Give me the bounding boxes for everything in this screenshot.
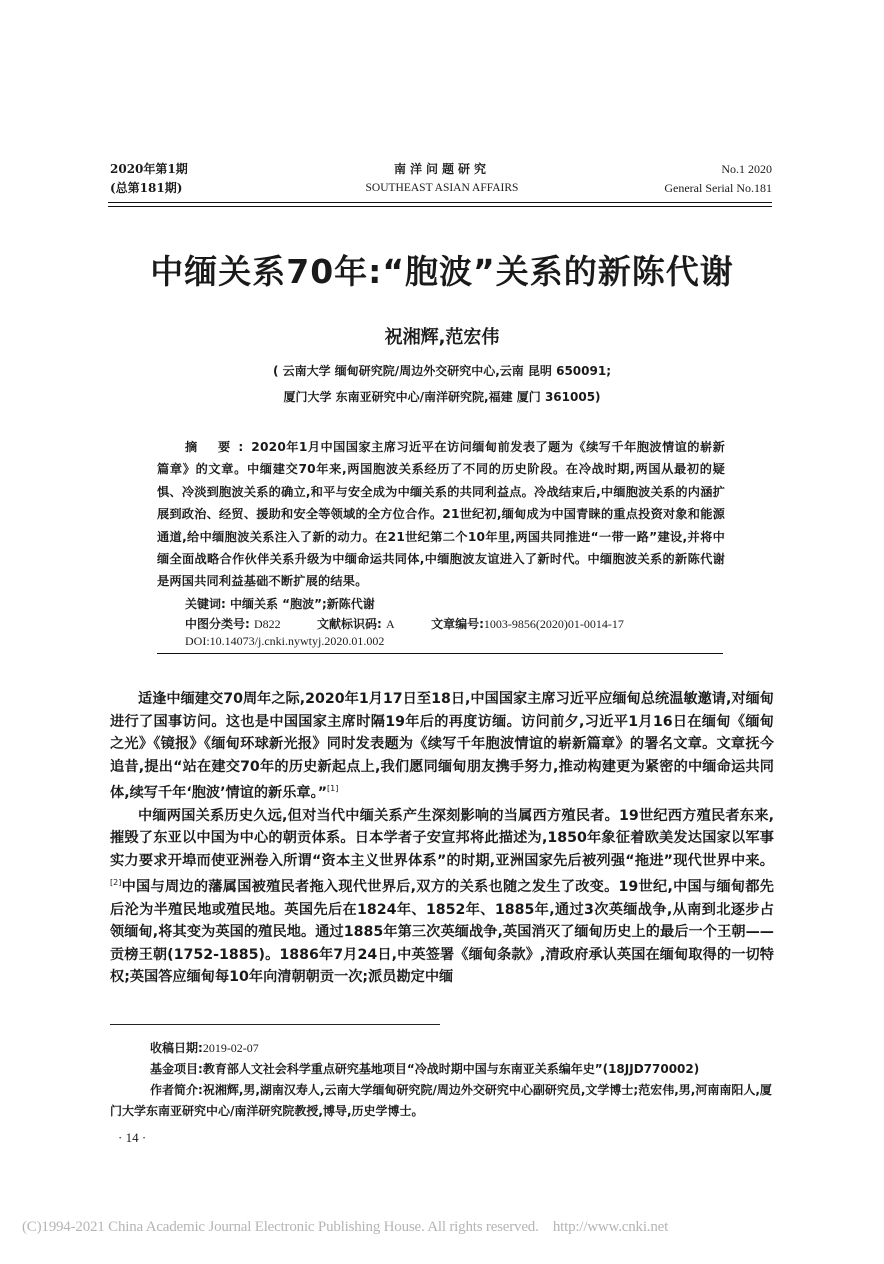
issue-serial-en: General Serial No.181 <box>664 179 772 198</box>
issue-info-en: No.1 2020 General Serial No.181 <box>664 160 772 198</box>
article-no-label: 文章编号: <box>431 617 484 631</box>
footnote-rule <box>110 1024 440 1025</box>
received-value: 2019-02-07 <box>203 1041 259 1055</box>
body-paragraph-1: 适逢中缅建交70周年之际,2020年1月17日至18日,中国国家主席习近平应缅甸… <box>110 688 774 805</box>
abstract: 摘 要:2020年1月中国国家主席习近平在访问缅甸前发表了题为《续写千年胞波情谊… <box>157 436 725 593</box>
article-authors: 祝湘辉,范宏伟 <box>0 323 884 349</box>
bio-label: 作者简介: <box>150 1083 203 1097</box>
abstract-text: 2020年1月中国国家主席习近平在访问缅甸前发表了题为《续写千年胞波情谊的崭新篇… <box>157 440 725 588</box>
keywords: 关键词: 中缅关系 “胞波”;新陈代谢 <box>185 594 375 614</box>
affiliation-1: ( 云南大学 缅甸研究院/周边外交研究中心,云南 昆明 650091; <box>0 362 884 379</box>
copyright-notice: (C)1994-2021 China Academic Journal Elec… <box>22 1219 668 1236</box>
doc-code-label: 文献标识码: <box>317 617 382 631</box>
article-body: 适逢中缅建交70周年之际,2020年1月17日至18日,中国国家主席习近平应缅甸… <box>110 688 774 989</box>
issue-number-en: No.1 2020 <box>664 160 772 179</box>
citation-ref-2[interactable]: [2] <box>110 878 121 887</box>
doc-code-value: A <box>386 617 395 631</box>
paragraph-text-continued: 中国与周边的藩属国被殖民者拖入现代世界后,双方的关系也随之发生了改变。19世纪,… <box>110 879 774 985</box>
abstract-rule <box>157 653 723 654</box>
doi[interactable]: DOI:10.14073/j.cnki.nywtyj.2020.01.002 <box>185 634 384 649</box>
paragraph-text: 中缅两国关系历史久远,但对当代中缅关系产生深刻影响的当属西方殖民者。19世纪西方… <box>110 808 774 869</box>
received-label: 收稿日期: <box>150 1041 203 1055</box>
bio-value: 祝湘辉,男,湖南汉寿人,云南大学缅甸研究院/周边外交研究中心副研究员,文学博士;… <box>110 1083 772 1118</box>
footnotes: 收稿日期:2019-02-07 基金项目:教育部人文社会科学重点研究基地项目“冷… <box>110 1038 774 1122</box>
header-double-rule <box>108 202 772 207</box>
article-title: 中缅关系70年:“胞波”关系的新陈代谢 <box>0 246 884 293</box>
body-paragraph-2: 中缅两国关系历史久远,但对当代中缅关系产生深刻影响的当属西方殖民者。19世纪西方… <box>110 805 774 989</box>
page-number: · 14 · <box>118 1130 146 1146</box>
abstract-label: 摘 要: <box>185 440 251 454</box>
clc-label: 中图分类号: <box>185 617 250 631</box>
citation-ref-1[interactable]: [1] <box>327 784 338 793</box>
classification-line: 中图分类号: D822 文献标识码: A 文章编号:1003-9856(2020… <box>185 614 624 634</box>
keywords-value: 中缅关系 “胞波”;新陈代谢 <box>230 597 375 611</box>
paragraph-text: 适逢中缅建交70周年之际,2020年1月17日至18日,中国国家主席习近平应缅甸… <box>110 691 774 801</box>
author-bio: 作者简介:祝湘辉,男,湖南汉寿人,云南大学缅甸研究院/周边外交研究中心副研究员,… <box>110 1080 774 1122</box>
fund-label: 基金项目: <box>150 1062 203 1076</box>
fund-project: 基金项目:教育部人文社会科学重点研究基地项目“冷战时期中国与东南亚关系编年史”(… <box>110 1059 774 1080</box>
fund-value: 教育部人文社会科学重点研究基地项目“冷战时期中国与东南亚关系编年史”(18JJD… <box>203 1062 699 1076</box>
keywords-label: 关键词: <box>185 597 226 611</box>
affiliation-2: 厦门大学 东南亚研究中心/南洋研究院,福建 厦门 361005) <box>0 388 884 405</box>
clc-value: D822 <box>254 617 281 631</box>
received-date: 收稿日期:2019-02-07 <box>110 1038 774 1059</box>
article-no-value: 1003-9856(2020)01-0014-17 <box>484 617 624 631</box>
